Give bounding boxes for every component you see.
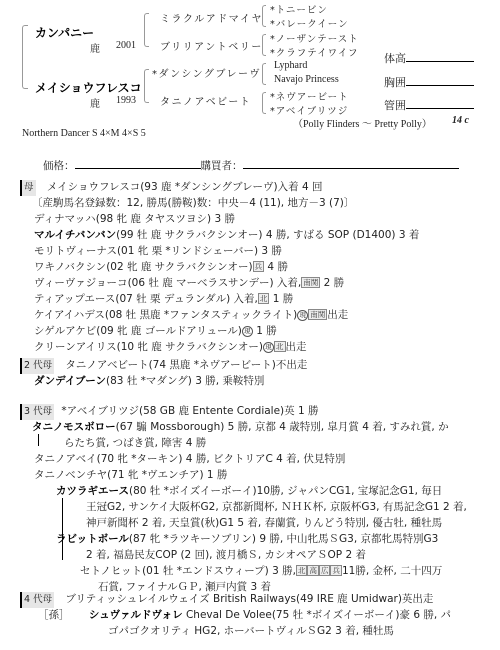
fourth-dam-header: 4 代母 ブリティッシュレイルウェイズ British Railways(49 …: [20, 591, 433, 608]
descendant-detail: (71 牝 *ヴエンチア) 1 勝: [107, 469, 227, 481]
descendant-name: タニノアベイ: [34, 453, 97, 465]
price-field[interactable]: 価格：購買者：: [43, 158, 459, 173]
descendant-row: セトノヒット(01 牡 *エンドスウィープ) 3 勝,北高広兵11勝, 金杯, …: [80, 563, 442, 579]
gen3-ancestor: *トニービン: [270, 2, 328, 16]
offspring-name: ティアップエース: [34, 293, 115, 305]
offspring-row: ディナマッハ(98 牝 鹿 タヤスツヨシ) 3 勝: [34, 211, 235, 227]
offspring-name: ワキノバクシン: [34, 261, 106, 273]
dam-year: 1993: [116, 95, 136, 106]
gen3-ancestor: *バレークイーン: [270, 16, 349, 30]
sire-bracket: [144, 13, 149, 47]
descendant-detail: (80 牡 *ボイズイーボーイ)10勝, ジャパンCG1, 宝塚記念G1, 毎日: [129, 485, 442, 497]
fourth-dam-section: 4 代母 ブリティッシュレイルウェイズ British Railways(49 …: [20, 591, 500, 641]
second-dam-header-text: タニノアベビート(74 黒鹿 *ネヴアービート)不出走: [65, 359, 307, 371]
dam-dam: タニノアベビート: [160, 93, 251, 108]
gen3-ancestor: *ノーザンテースト: [270, 31, 359, 45]
section-tag-4th-dam: 4 代母: [20, 592, 54, 608]
height-field[interactable]: 体高: [384, 50, 474, 66]
offspring-detail: (09 牝 鹿 ゴールドアリュール): [96, 325, 242, 337]
descendant-row: タニノアベイ(70 牝 *ターキン) 4 勝, ビクトリアC 4 着, 伏見特別: [34, 451, 345, 467]
region-badge-nankan: 南関: [308, 309, 327, 320]
active-circle-icon: 現: [263, 342, 274, 353]
descendant-cont: 神戸新聞杯 2 着, 天皇賞(秋)G1 5 着, 春蘭賞, りんどう特別, 優古…: [86, 515, 442, 531]
gen3-bracket-4: [262, 92, 266, 114]
buyer-input-line[interactable]: [243, 158, 459, 169]
cannon-label: 管囲: [384, 99, 406, 112]
gen3-bracket-2: [262, 34, 266, 56]
descendant-name: カツラギエース: [56, 485, 129, 497]
descendant-row: タニノベンチヤ(71 牝 *ヴエンチア) 1 勝: [34, 467, 227, 483]
offspring-name: シゲルアケビ: [34, 325, 96, 337]
fourth-dam-header-text: ブリティッシュレイルウェイズ British Railways(49 IRE 鹿…: [65, 593, 433, 605]
dam-header: 母 メイショウフレスコ(93 鹿 *ダンシングブレーヴ)入着 4 回: [20, 179, 323, 196]
height-label: 体高: [384, 52, 406, 65]
grandchild-detail: Cheval De Volee(75 牡 *ボイズイーボーイ)豪 6 勝, パ: [186, 609, 451, 621]
dam-header-text: メイショウフレスコ(93 鹿 *ダンシングブレーヴ)入着 4 回: [47, 181, 323, 193]
offspring-detail: (10 牝 鹿 サクラバクシンオー): [117, 341, 263, 353]
gen3-bracket-1: [262, 5, 266, 27]
active-circle-icon: 現: [297, 310, 308, 321]
offspring-row: モリトヴィーナス(01 牝 栗 *リンドシェーバー) 3 勝: [34, 243, 282, 259]
horse-name: カンパニー: [35, 24, 94, 41]
descendant-detail: (01 牡 *エンドスウィープ) 3 勝,: [142, 565, 296, 577]
offspring-name: ケイアイハデス: [34, 309, 105, 321]
family-number: 14 c: [452, 115, 469, 126]
offspring-row: シゲルアケビ(09 牝 鹿 ゴールドアリュール)現 1 勝: [34, 323, 277, 339]
second-dam-header: 2 代母 タニノアベビート(74 黒鹿 *ネヴアービート)不出走: [20, 357, 307, 374]
sire-dam: ブリリアントベリー: [160, 38, 263, 53]
region-badge-nankan: 南関: [301, 277, 320, 288]
gen3-ancestor: Navajo Princess: [274, 74, 339, 85]
dam-sire: *ダンシングブレーヴ: [152, 65, 261, 80]
third-dam-section: 3 代母 *アベイブリツジ(58 GB 鹿 Entente Cordiale)英…: [20, 403, 500, 583]
region-badge-hokkaido: 北: [258, 293, 270, 304]
offspring-detail: (06 牡 鹿 マーベラスサンデー) 入着,: [128, 277, 302, 289]
inbreeding-note: Northern Dancer S 4×M 4×S 5: [22, 128, 146, 139]
price-input-line[interactable]: [75, 158, 201, 169]
active-circle-icon: 現: [242, 326, 253, 337]
offspring-row: ワキノバクシン(02 牝 鹿 サクラバクシンオー)兵 4 勝: [34, 259, 288, 275]
region-badge-kochi: 高: [307, 565, 319, 576]
grandchild-label: ［孫］: [38, 609, 70, 621]
offspring-tail: 1 勝: [273, 293, 294, 305]
descendant-cont: らたち賞, つばき賞, 障害 4 勝: [64, 435, 206, 451]
height-input-line[interactable]: [406, 51, 474, 62]
grandchild-row: ［孫］ シュヴァルドヴォレ Cheval De Volee(75 牡 *ボイズイ…: [38, 607, 451, 623]
dam-bracket: [144, 69, 149, 103]
offspring-tail: 2 勝: [324, 277, 345, 289]
chest-input-line[interactable]: [406, 75, 474, 86]
chest-field[interactable]: 胸囲: [384, 74, 474, 90]
offspring-row: ティアップエース(07 牡 栗 デュランダル) 入着,北 1 勝: [34, 291, 293, 307]
region-badge-hokkaido: 北: [296, 565, 308, 576]
section-tag-dam: 母: [20, 180, 36, 196]
descendant-name: ラビットボール: [56, 533, 129, 545]
gen3-ancestor: *クラフテイワイフ: [270, 45, 359, 59]
descendant-name: タニノモスボロー: [32, 421, 116, 433]
family-note: （Polly Flinders ～ Pretty Polly）: [293, 115, 432, 130]
sire-sire: ミラクルアドマイヤ: [160, 10, 263, 25]
region-badge-hyogo: 兵: [253, 261, 265, 272]
offspring-tail: 1 勝: [256, 325, 277, 337]
offspring-tail: 出走: [327, 309, 348, 321]
dam-name: メイショウフレスコ: [35, 79, 142, 96]
chest-label: 胸囲: [384, 76, 406, 89]
offspring-detail: (08 牡 黒鹿 *ファンタスティックライト): [105, 309, 297, 321]
gen3-ancestor: Lyphard: [274, 60, 307, 71]
offspring-detail: (07 牡 栗 デュランダル) 入着,: [115, 293, 258, 305]
descendant-cont: 王冠G2, サンケイ大阪杯G2, 京都新聞杯, ＮＨＫ杯, 京阪杯G3, 有馬記…: [86, 499, 467, 515]
descendant-detail: (67 騸 Mossborough) 5 勝, 京都 4 歳特別, 皐月賞 4 …: [116, 421, 449, 433]
gen3-bracket-3: [262, 63, 266, 85]
dam-stats: 〔産駒馬名登録数：12, 勝馬(勝鞍)数：中央－4 (11), 地方－3 (7)…: [32, 195, 354, 211]
descendant-detail: (70 牝 *ターキン) 4 勝, ビクトリアC 4 着, 伏見特別: [97, 453, 346, 465]
horse-year: 2001: [116, 40, 136, 51]
offspring-row: ケイアイハデス(08 牡 黒鹿 *ファンタスティックライト)現南関出走: [34, 307, 348, 323]
offspring-name: マルイチバンバン: [34, 229, 116, 241]
offspring-tail: 出走: [286, 341, 307, 353]
dam-color: 鹿: [90, 95, 100, 110]
offspring-row: ヴィーヴァジョーコ(06 牡 鹿 マーベラスサンデー) 入着,南関 2 勝: [34, 275, 344, 291]
third-dam-header: 3 代母 *アベイブリツジ(58 GB 鹿 Entente Cordiale)英…: [20, 403, 319, 420]
tree-connector: [62, 498, 63, 560]
descendant-row: ラビットボール(87 牝 *ラツキーソブリン) 9 勝, 中山牝馬ＳG3, 京都…: [56, 531, 438, 547]
grandchild-cont: ゴパゴクオリティ HG2, ホーバートヴィルＳG2 3 着, 種牡馬: [108, 623, 394, 639]
descendant-row: カツラギエース(80 牡 *ボイズイーボーイ)10勝, ジャパンCG1, 宝塚記…: [56, 483, 442, 499]
offspring-detail: (01 牝 栗 *リンドシェーバー) 3 勝: [117, 245, 282, 257]
section-tag-3rd-dam: 3 代母: [20, 404, 54, 420]
third-dam-header-text: *アベイブリツジ(58 GB 鹿 Entente Cordiale)英 1 勝: [61, 405, 318, 417]
offspring-row: ダンデイブーン(83 牡 *マダング) 3 勝, 乗鞍特別: [34, 373, 264, 389]
descendant-name: セトノヒット: [80, 565, 142, 577]
pedigree-bracket-outer: [22, 25, 28, 89]
price-label: 価格：: [43, 160, 75, 172]
descendant-cont: 2 着, 福島民友COP (2 回), 渡月橋Ｓ, カシオペアＳOP 2 着: [86, 547, 366, 563]
cannon-field[interactable]: 管囲: [384, 97, 474, 113]
dam-section: 母 メイショウフレスコ(93 鹿 *ダンシングブレーヴ)入着 4 回 〔産駒馬名…: [20, 179, 500, 349]
cannon-input-line[interactable]: [406, 98, 474, 109]
grandchild-name: シュヴァルドヴォレ: [89, 609, 183, 621]
offspring-detail: (83 牡 *マダング) 3 勝, 乗鞍特別: [106, 375, 264, 387]
horse-color: 鹿: [90, 40, 100, 55]
descendant-name: タニノベンチヤ: [34, 469, 107, 481]
offspring-row: マルイチバンバン(99 牡 鹿 サクラバクシンオー) 4 勝, すばる SOP …: [34, 227, 419, 243]
region-badge-hyogo: 兵: [330, 565, 342, 576]
descendant-detail: (87 牝 *ラツキーソブリン) 9 勝, 中山牝馬ＳG3, 京都牝馬特別G3: [129, 533, 438, 545]
buyer-label: 購買者：: [201, 160, 243, 172]
region-badge-hiroshima: 広: [319, 565, 331, 576]
offspring-tail: 4 勝: [267, 261, 288, 273]
descendant-tail: 11勝, 金杯, 二十四万: [342, 565, 442, 577]
offspring-name: ヴィーヴァジョーコ: [34, 277, 128, 289]
gen3-ancestor: *ネヴアービート: [270, 89, 349, 103]
offspring-row: クリーンアイリス(10 牝 鹿 サクラバクシンオー)現北出走: [34, 339, 307, 355]
offspring-name: モリトヴィーナス: [34, 245, 117, 257]
region-badge-hokkaido: 北: [274, 341, 286, 352]
offspring-name: クリーンアイリス: [34, 341, 117, 353]
offspring-detail: (99 牡 鹿 サクラバクシンオー) 4 勝, すばる SOP (D1400) …: [116, 229, 419, 241]
offspring-name: ダンデイブーン: [34, 375, 106, 387]
section-tag-2nd-dam: 2 代母: [20, 358, 54, 374]
tree-connector: [38, 434, 39, 446]
offspring-detail: (02 牝 鹿 サクラバクシンオー): [106, 261, 252, 273]
descendant-row: タニノモスボロー(67 騸 Mossborough) 5 勝, 京都 4 歳特別…: [32, 419, 449, 435]
offspring-name: ディナマッハ: [34, 213, 96, 225]
offspring-detail: (98 牝 鹿 タヤスツヨシ) 3 勝: [96, 213, 235, 225]
second-dam-section: 2 代母 タニノアベビート(74 黒鹿 *ネヴアービート)不出走 ダンデイブーン…: [20, 357, 500, 391]
